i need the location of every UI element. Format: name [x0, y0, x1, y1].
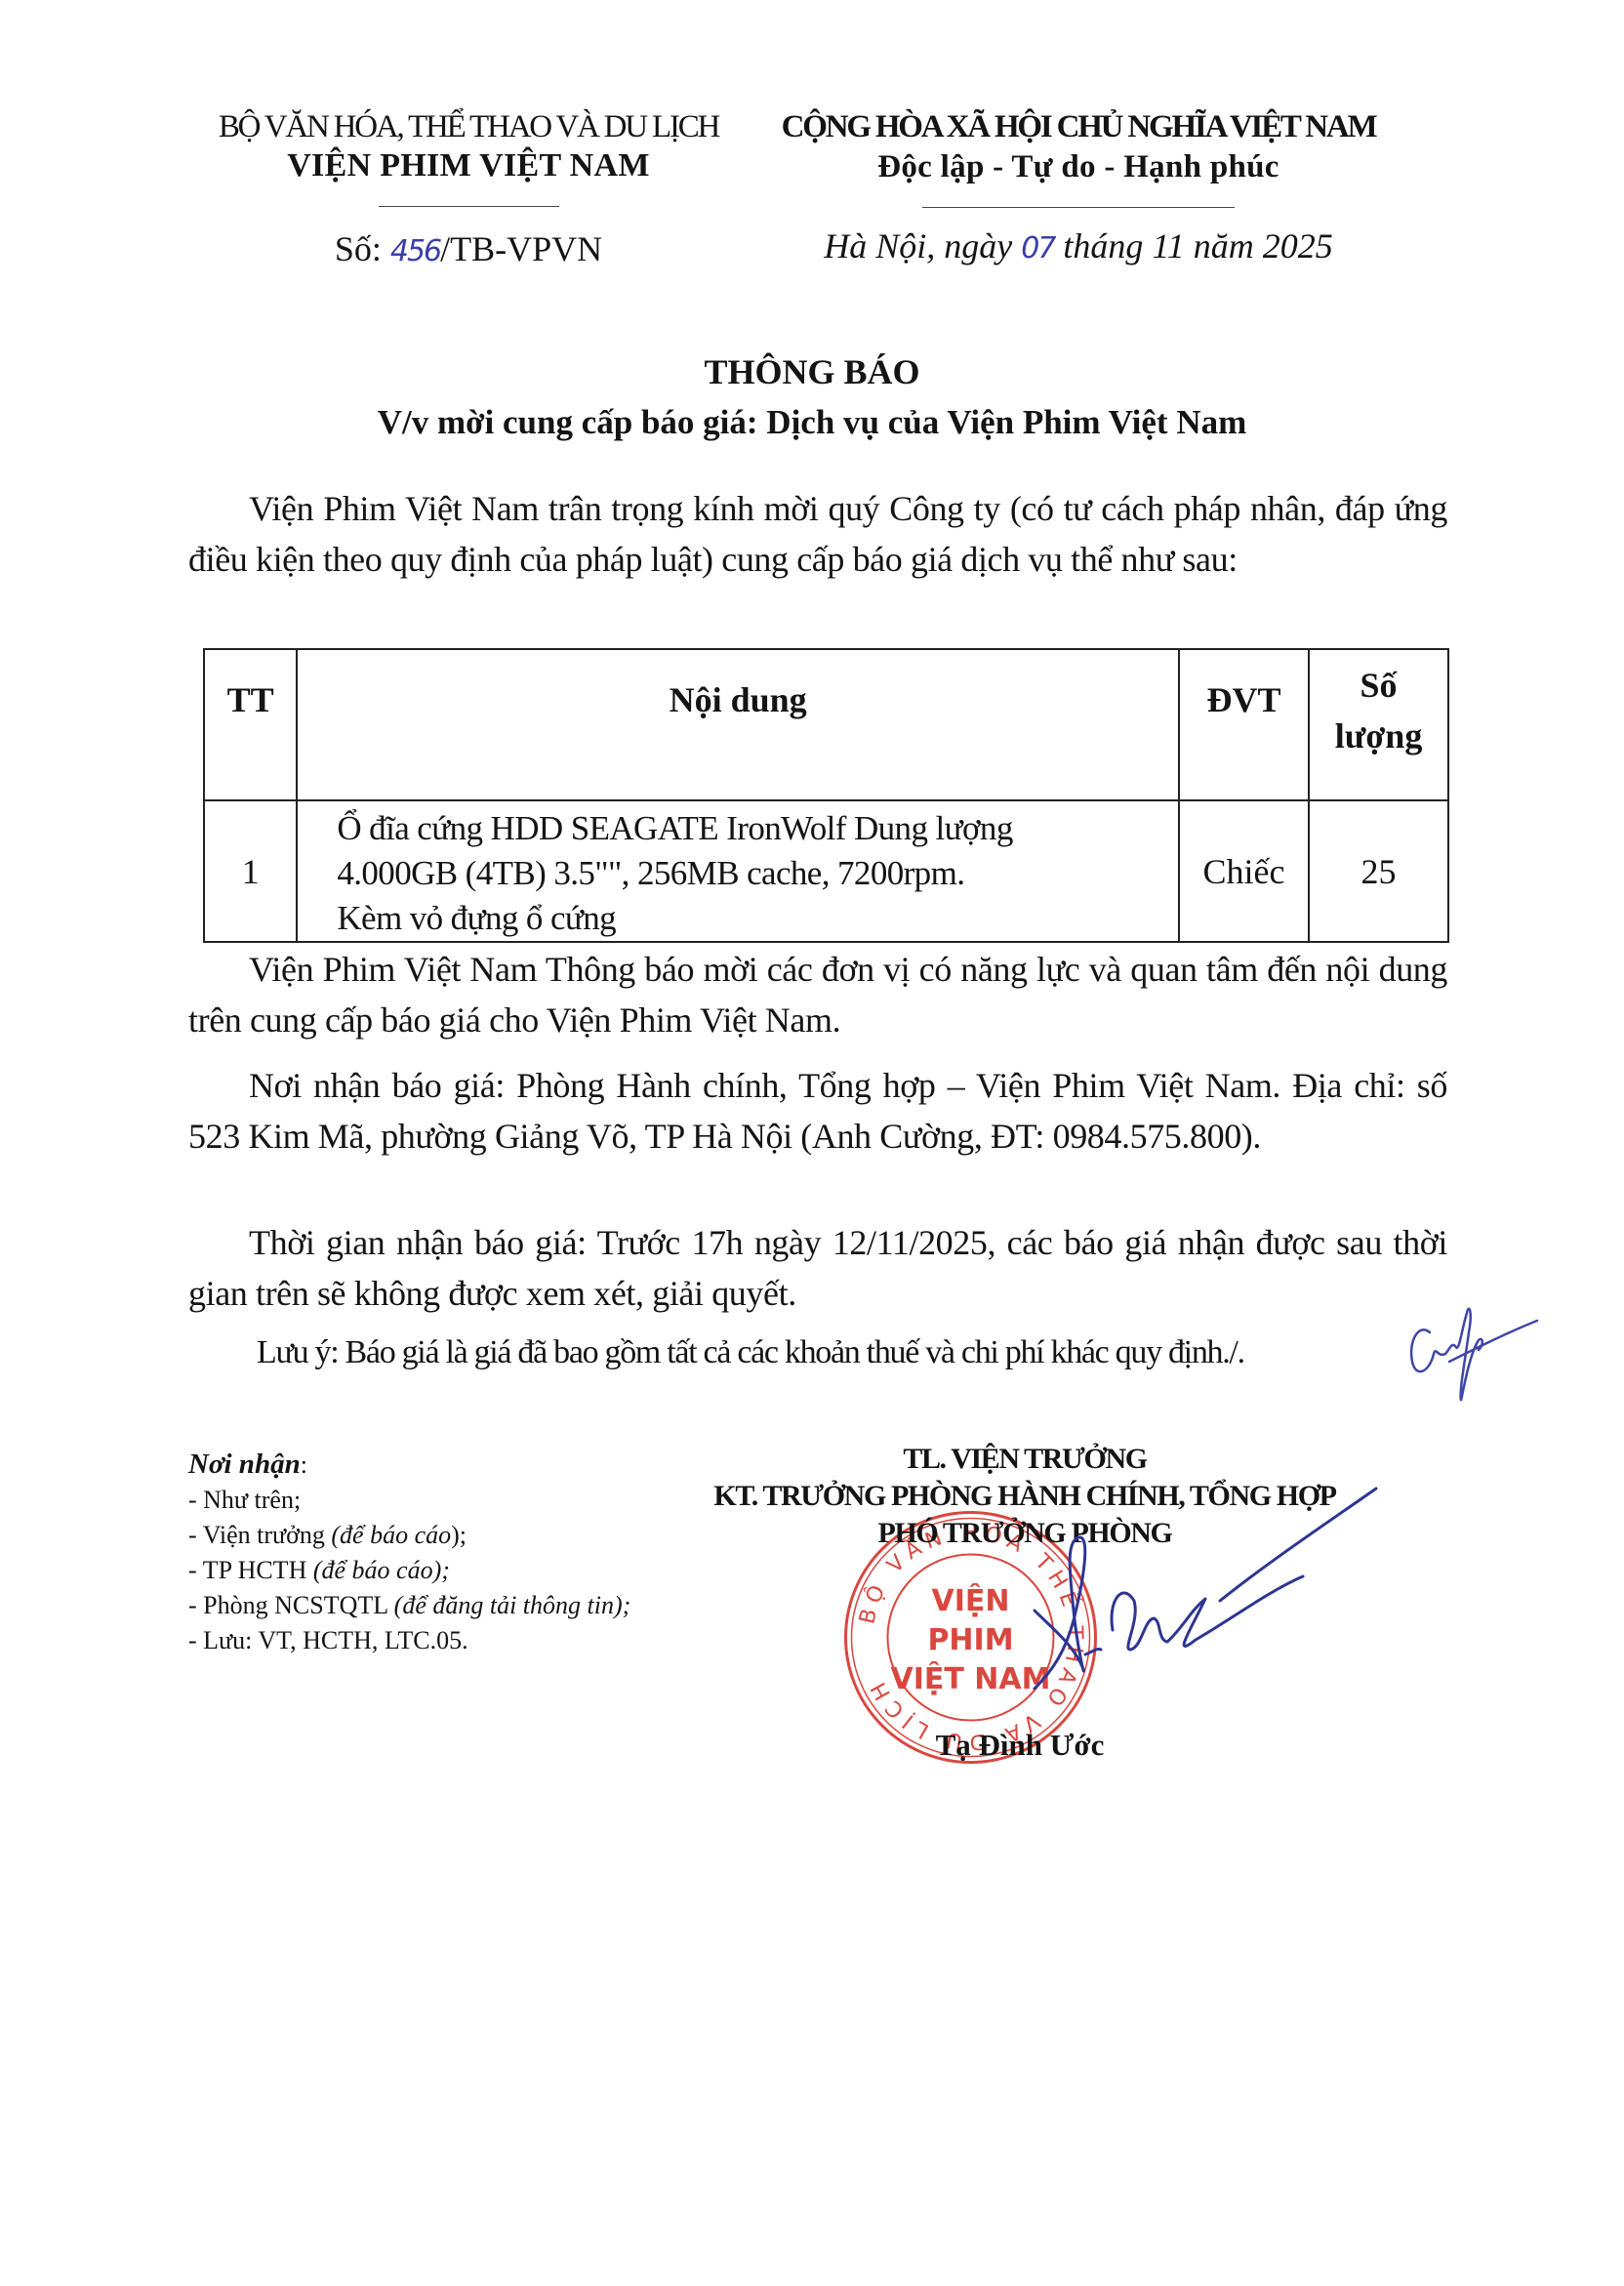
header-divider	[379, 206, 559, 207]
deadline-paragraph: Thời gian nhận báo giá: Trước 17h ngày 1…	[188, 1217, 1447, 1319]
signer-name: Tạ Đình Ước	[683, 1728, 1357, 1763]
place-date-suffix: tháng 11 năm 2025	[1054, 226, 1332, 265]
recipient-item: - Như trên;	[188, 1483, 630, 1518]
recipients-list: Nơi nhận: - Như trên; - Viện trưởng (để …	[188, 1447, 630, 1658]
ministry-name: BỘ VĂN HÓA, THỂ THAO VÀ DU LỊCH	[185, 109, 751, 145]
national-motto: Độc lập - Tự do - Hạnh phúc	[751, 149, 1405, 185]
national-header: CỘNG HÒA XÃ HỘI CHỦ NGHĨA VIỆT NAM Độc l…	[751, 109, 1405, 266]
table-row: 1 Ổ đĩa cứng HDD SEAGATE IronWolf Dung l…	[204, 800, 1448, 942]
row-quantity: 25	[1309, 800, 1448, 942]
recipients-heading: Nơi nhận	[188, 1449, 301, 1480]
signature-line-authority: TL. VIỆN TRƯỞNG	[683, 1441, 1366, 1478]
handwritten-signature-icon	[976, 1484, 1386, 1718]
doc-number-label: Số:	[335, 229, 390, 268]
header-divider	[922, 207, 1235, 208]
place-and-date: Hà Nội, ngày 07 tháng 11 năm 2025	[751, 225, 1405, 266]
day-handwritten: 07	[1021, 231, 1054, 265]
document-title: THÔNG BÁO	[0, 351, 1624, 392]
table-header-row: TT Nội dung ĐVT Sốlượng	[204, 649, 1448, 800]
row-content: Ổ đĩa cứng HDD SEAGATE IronWolf Dung lượ…	[297, 800, 1179, 942]
doc-number-code: /TB-VPVN	[440, 229, 602, 268]
intro-paragraph: Viện Phim Việt Nam trân trọng kính mời q…	[188, 483, 1447, 585]
doc-number-handwritten: 456	[390, 234, 440, 268]
row-tt: 1	[204, 800, 297, 942]
invite-paragraph: Viện Phim Việt Nam Thông báo mời các đơn…	[188, 944, 1447, 1045]
header-content: Nội dung	[297, 649, 1179, 800]
institute-name: VIỆN PHIM VIỆT NAM	[185, 147, 751, 184]
document-subject: V/v mời cung cấp báo giá: Dịch vụ của Vi…	[0, 403, 1624, 442]
recipient-item: - TP HCTH (để báo cáo);	[188, 1553, 630, 1588]
issuer-header: BỘ VĂN HÓA, THỂ THAO VÀ DU LỊCH VIỆN PHI…	[185, 109, 751, 269]
document-number: Số: 456/TB-VPVN	[185, 228, 751, 269]
recipient-item: - Phòng NCSTQTL (để đăng tải thông tin);	[188, 1588, 630, 1623]
place-date-prefix: Hà Nội, ngày	[824, 226, 1021, 265]
nation-name: CỘNG HÒA XÃ HỘI CHỦ NGHĨA VIỆT NAM	[751, 109, 1405, 145]
recipient-item: - Viện trưởng (để báo cáo);	[188, 1518, 630, 1553]
recipient-item: - Lưu: VT, HCTH, LTC.05.	[188, 1623, 630, 1658]
address-paragraph: Nơi nhận báo giá: Phòng Hành chính, Tổng…	[188, 1060, 1447, 1162]
header-unit: ĐVT	[1179, 649, 1309, 800]
row-unit: Chiếc	[1179, 800, 1309, 942]
initial-signature-icon	[1391, 1293, 1547, 1410]
quotation-table: TT Nội dung ĐVT Sốlượng 1 Ổ đĩa cứng HDD…	[203, 648, 1449, 943]
header-tt: TT	[204, 649, 297, 800]
note-paragraph: Lưu ý: Báo giá là giá đã bao gồm tất cả …	[188, 1327, 1447, 1378]
header-quantity: Sốlượng	[1309, 649, 1448, 800]
